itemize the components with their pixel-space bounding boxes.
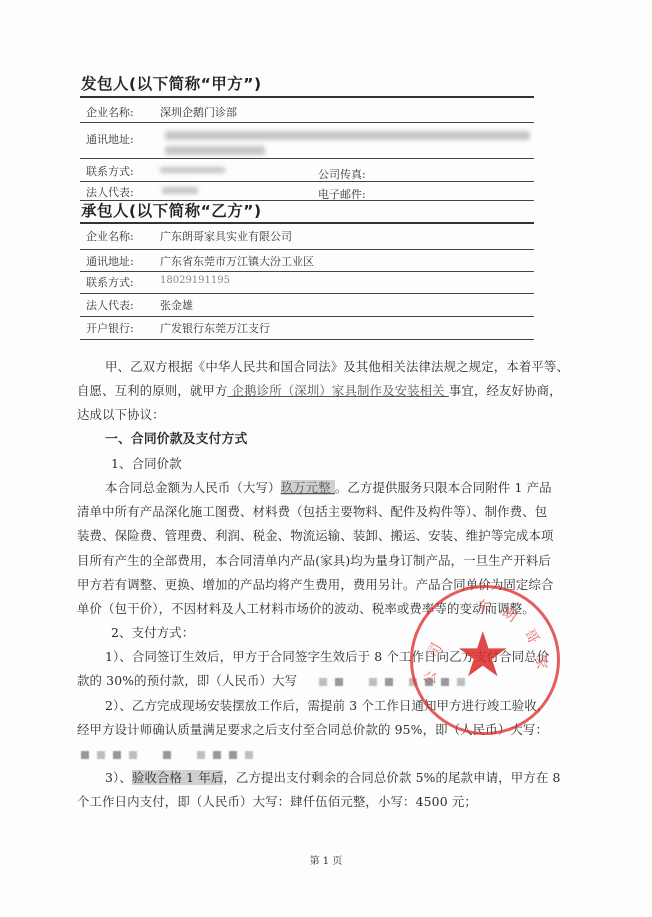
divider <box>80 271 534 272</box>
divider <box>80 181 534 182</box>
page-number: 第 1 页 <box>0 852 652 867</box>
total-amount: 玖万元整 <box>281 480 335 495</box>
party-a-fax-label: 公司传真: <box>318 166 366 182</box>
party-a-legal-rep-redacted <box>162 187 198 194</box>
divider <box>80 222 534 224</box>
contract-body: 甲、乙双方根据《中华人民共和国合同法》及其他相关法律法规之规定，本着平等、 自愿… <box>77 355 577 815</box>
party-a-title: 发包人(以下简称“甲方”) <box>81 72 262 94</box>
subsection-heading: 1、合同价款 <box>77 452 577 476</box>
payment-line: 款的 30%的预付款，即（人民币）大写 <box>77 669 577 693</box>
divider <box>80 249 534 250</box>
price-line: 甲方若有调整、更换、增加的产品均将产生费用，费用另计。产品合同单价为固定综合 <box>77 573 577 597</box>
highlighted-term: 验收合格 1 年后 <box>132 770 223 785</box>
price-line: 清单中所有产品深化施工图费、材料费（包括主要物料、配件及构件等）、制作费、包 <box>77 500 577 524</box>
party-a-contact-label: 联系方式: <box>86 163 134 179</box>
party-a-company-value: 深圳企鹅门诊部 <box>160 104 237 120</box>
payment-line: 2）、乙方完成现场安装摆放工作后，需提前 3 个工作日通知甲方进行竣工验收， <box>77 694 577 718</box>
party-b-address-value: 广东省东莞市万江镇大汾工业区 <box>160 253 314 269</box>
price-line: 单价（包干价），不因材料及人工材料市场价的波动、税率或费率等的变动而调整。 <box>77 597 577 621</box>
party-b-title: 承包人(以下简称“乙方”) <box>81 199 262 221</box>
price-line: 目所有产生的全部费用，本合同清单内产品(家具)均为量身订制产品，一旦生产开料后 <box>77 549 577 573</box>
party-a-contact-redacted <box>160 167 225 173</box>
divider <box>80 158 534 159</box>
redacted-amount <box>315 673 469 688</box>
party-a-address-label: 通讯地址: <box>86 131 134 147</box>
redacted-amount <box>77 742 577 766</box>
payment-line: 1）、合同签订生效后，甲方于合同签字生效后于 8 个工作日向乙方支付合同总价 <box>77 645 577 669</box>
party-b-contact-label: 联系方式: <box>86 274 134 290</box>
payment-line: 经甲方设计师确认质量满足要求之后支付至合同总价款的 95%，即（人民币）大写： <box>77 718 577 742</box>
divider <box>80 339 534 340</box>
party-a-company-label: 企业名称: <box>86 104 134 120</box>
divider <box>80 96 534 98</box>
intro-line: 达成以下协议： <box>77 403 577 427</box>
divider <box>80 316 534 317</box>
party-b-company-label: 企业名称: <box>86 228 134 244</box>
payment-line: 3）、验收合格 1 年后，乙方提出支付剩余的合同总价款 5%的尾款申请，甲方在 … <box>77 766 577 790</box>
contract-page: 发包人(以下简称“甲方”) 企业名称: 深圳企鹅门诊部 通讯地址: 联系方式: … <box>0 0 652 917</box>
party-a-address-redacted <box>165 146 265 155</box>
payment-line: 个工作日内支付，即（人民币）大写：肆仟伍佰元整，小写：4500 元； <box>77 790 577 814</box>
party-a-legal-rep-label: 法人代表: <box>86 184 134 200</box>
party-b-contact-value: 18029191195 <box>160 275 230 286</box>
party-a-address-redacted <box>165 131 530 140</box>
intro-line: 甲、乙双方根据《中华人民共和国合同法》及其他相关法律法规之规定，本着平等、 <box>77 355 577 379</box>
party-b-bank-value: 广发银行东莞万江支行 <box>160 320 270 336</box>
subsection-heading: 2、支付方式： <box>77 621 577 645</box>
price-line: 本合同总金额为人民币（大写）玖万元整 。乙方提供服务只限本合同附件 1 产品 <box>77 476 577 500</box>
party-b-company-value: 广东朗哥家具实业有限公司 <box>160 228 292 244</box>
divider <box>80 293 534 294</box>
party-b-address-label: 通讯地址: <box>86 253 134 269</box>
price-line: 装费、保险费、管理费、利润、税金、物流运输、装卸、搬运、安装、维护等完成本项 <box>77 524 577 548</box>
section-heading: 一、合同价款及支付方式 <box>77 428 577 452</box>
party-b-legal-rep-value: 张金雄 <box>160 297 193 313</box>
divider <box>80 122 534 123</box>
project-name: 企鹅诊所（深圳）家具制作及安装相关 <box>228 383 449 398</box>
party-b-bank-label: 开户银行: <box>86 320 134 336</box>
party-b-legal-rep-label: 法人代表: <box>86 297 134 313</box>
intro-line: 自愿、互利的原则，就甲方 企鹅诊所（深圳）家具制作及安装相关 事宜，经友好协商， <box>77 379 577 403</box>
